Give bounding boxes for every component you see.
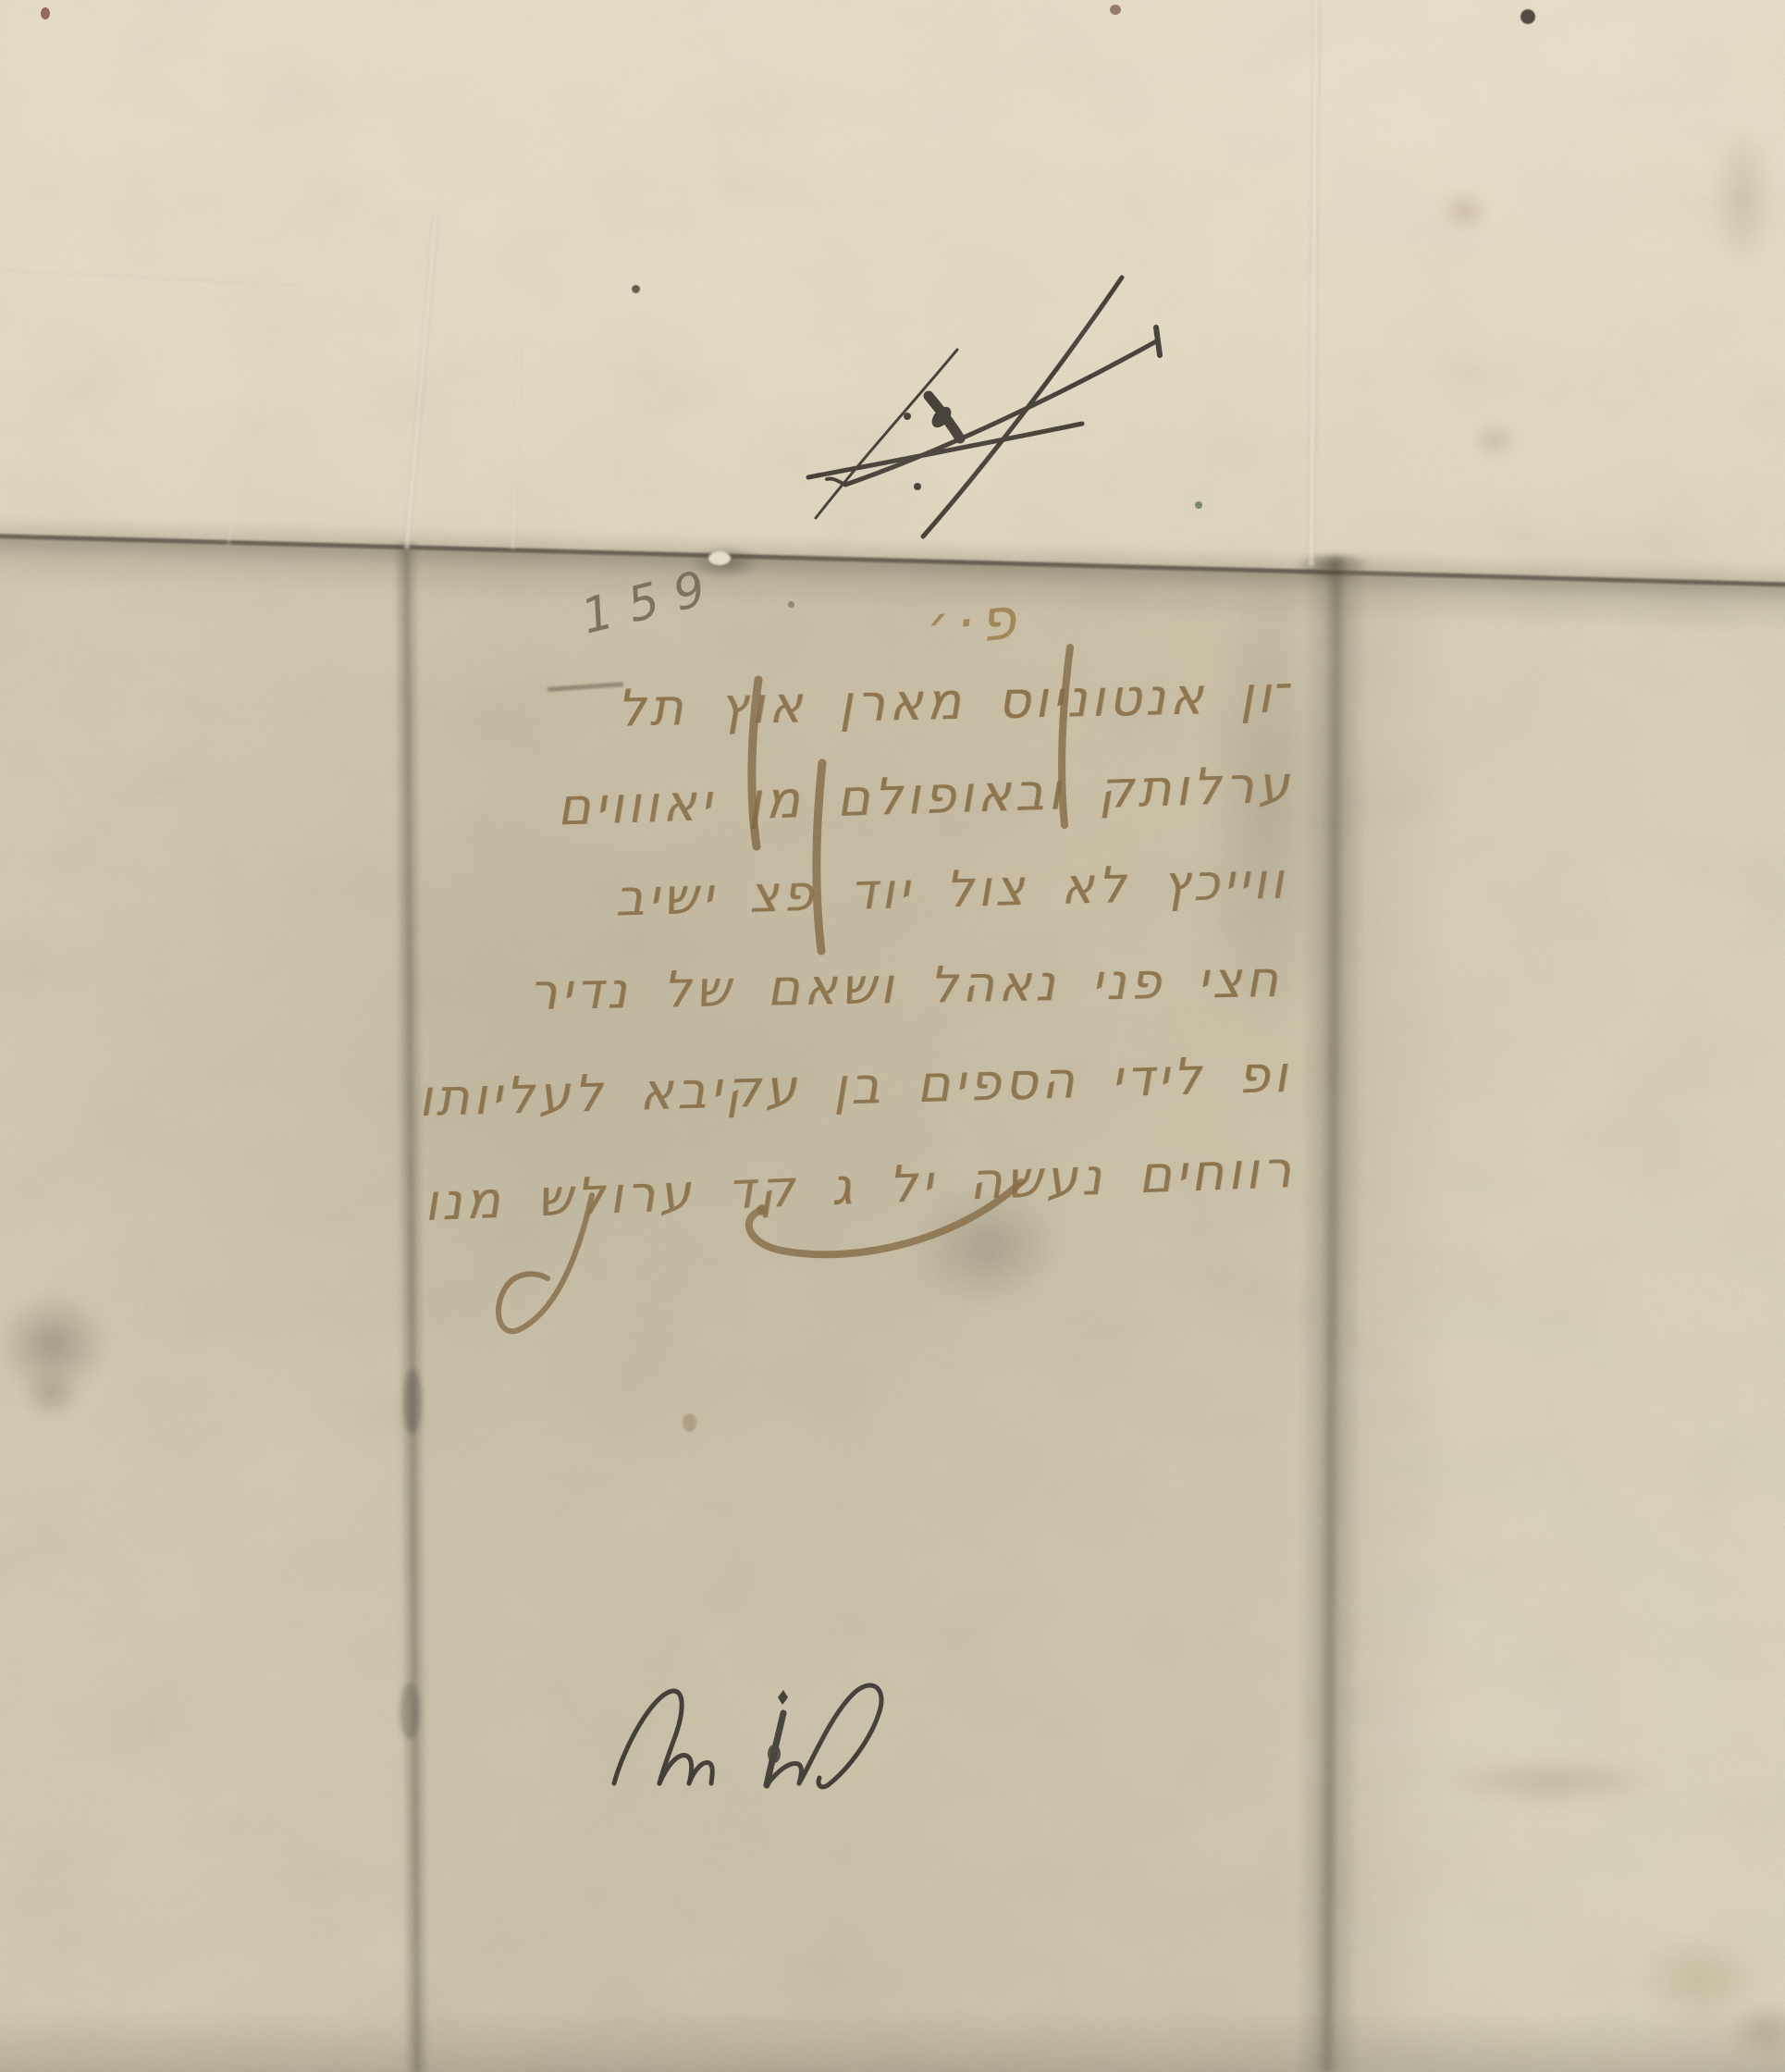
- pe-header-mark: פ·׳: [923, 584, 1024, 660]
- manuscript-scan-page: 159 פ·׳ ־ון אנטוניוס מארן אוץ תל ערלותק …: [0, 0, 1785, 2072]
- parchment-upper-fold-band: [0, 0, 1785, 610]
